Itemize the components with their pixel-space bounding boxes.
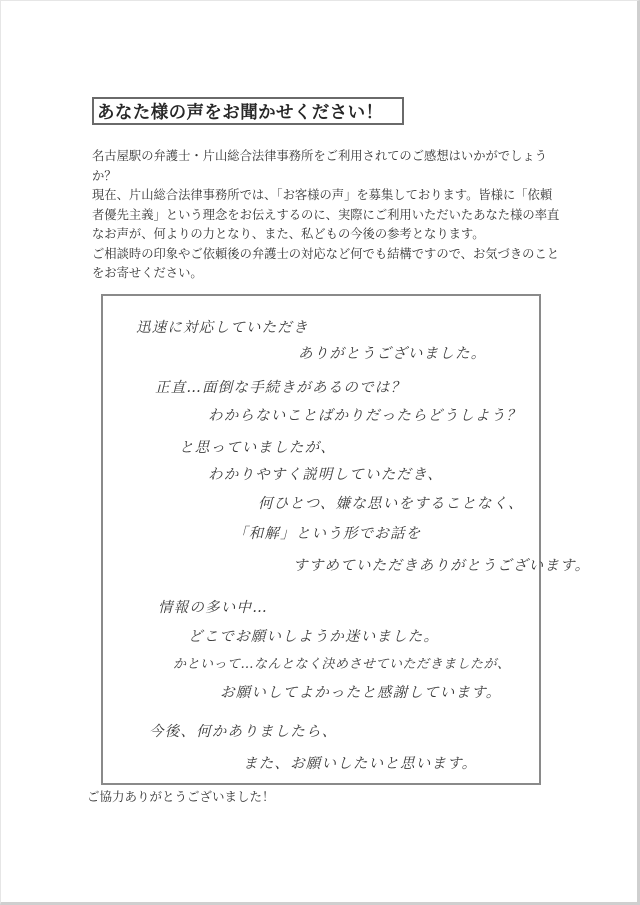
handwritten-line: 正直…面倒な手続きがあるのでは？ [155,376,406,397]
handwritten-line: 情報の多い中… [158,596,268,617]
handwritten-line: 何ひとつ、嫌な思いをすることなく、 [258,492,524,513]
handwritten-line: 迅速に対応していただき [136,316,309,337]
handwritten-line: また、お願いしたいと思います。 [243,752,477,773]
handwritten-line: わからないことばかりだったらどうしよう？ [208,404,522,425]
handwritten-line: どこでお願いしようか迷いました。 [188,625,439,646]
handwritten-line: お願いしてよかったと感謝しています。 [220,681,501,702]
handwritten-line: かといって…なんとなく決めさせていただきましたが、 [173,653,511,672]
handwritten-line: 今後、何かありましたら、 [149,720,337,741]
intro-paragraph: 名古屋駅の弁護士・片山総合法律事務所をご利用されてのご感想はいかがでしょうか？ [92,147,562,186]
intro-text: 名古屋駅の弁護士・片山総合法律事務所をご利用されてのご感想はいかがでしょうか？ … [92,147,562,284]
closing-message: ご協力ありがとうございました！ [87,787,275,805]
page-title: あなた様の声をお聞かせください！ [97,99,383,124]
handwritten-line: 「和解」という形でお話を [233,522,421,543]
handwritten-line: と思っていましたが、 [179,436,336,457]
handwritten-line: わかりやすく説明していただき、 [208,463,443,484]
handwritten-line: ありがとうございました。 [298,342,486,363]
title-box: あなた様の声をお聞かせください！ [92,97,404,125]
handwritten-comment-box: 迅速に対応していただき ありがとうございました。 正直…面倒な手続きがあるのでは… [101,294,541,785]
page-frame: あなた様の声をお聞かせください！ 名古屋駅の弁護士・片山総合法律事務所をご利用さ… [0,0,640,905]
intro-paragraph: ご相談時の印象やご依頼後の弁護士の対応など何でも結構ですので、お気づきのことをお… [92,245,562,284]
handwritten-line: すすめていただきありがとうございます。 [293,554,590,575]
intro-paragraph: 現在、片山総合法律事務所では、「お客様の声」を募集しております。皆様に「依頼者優… [92,186,562,245]
